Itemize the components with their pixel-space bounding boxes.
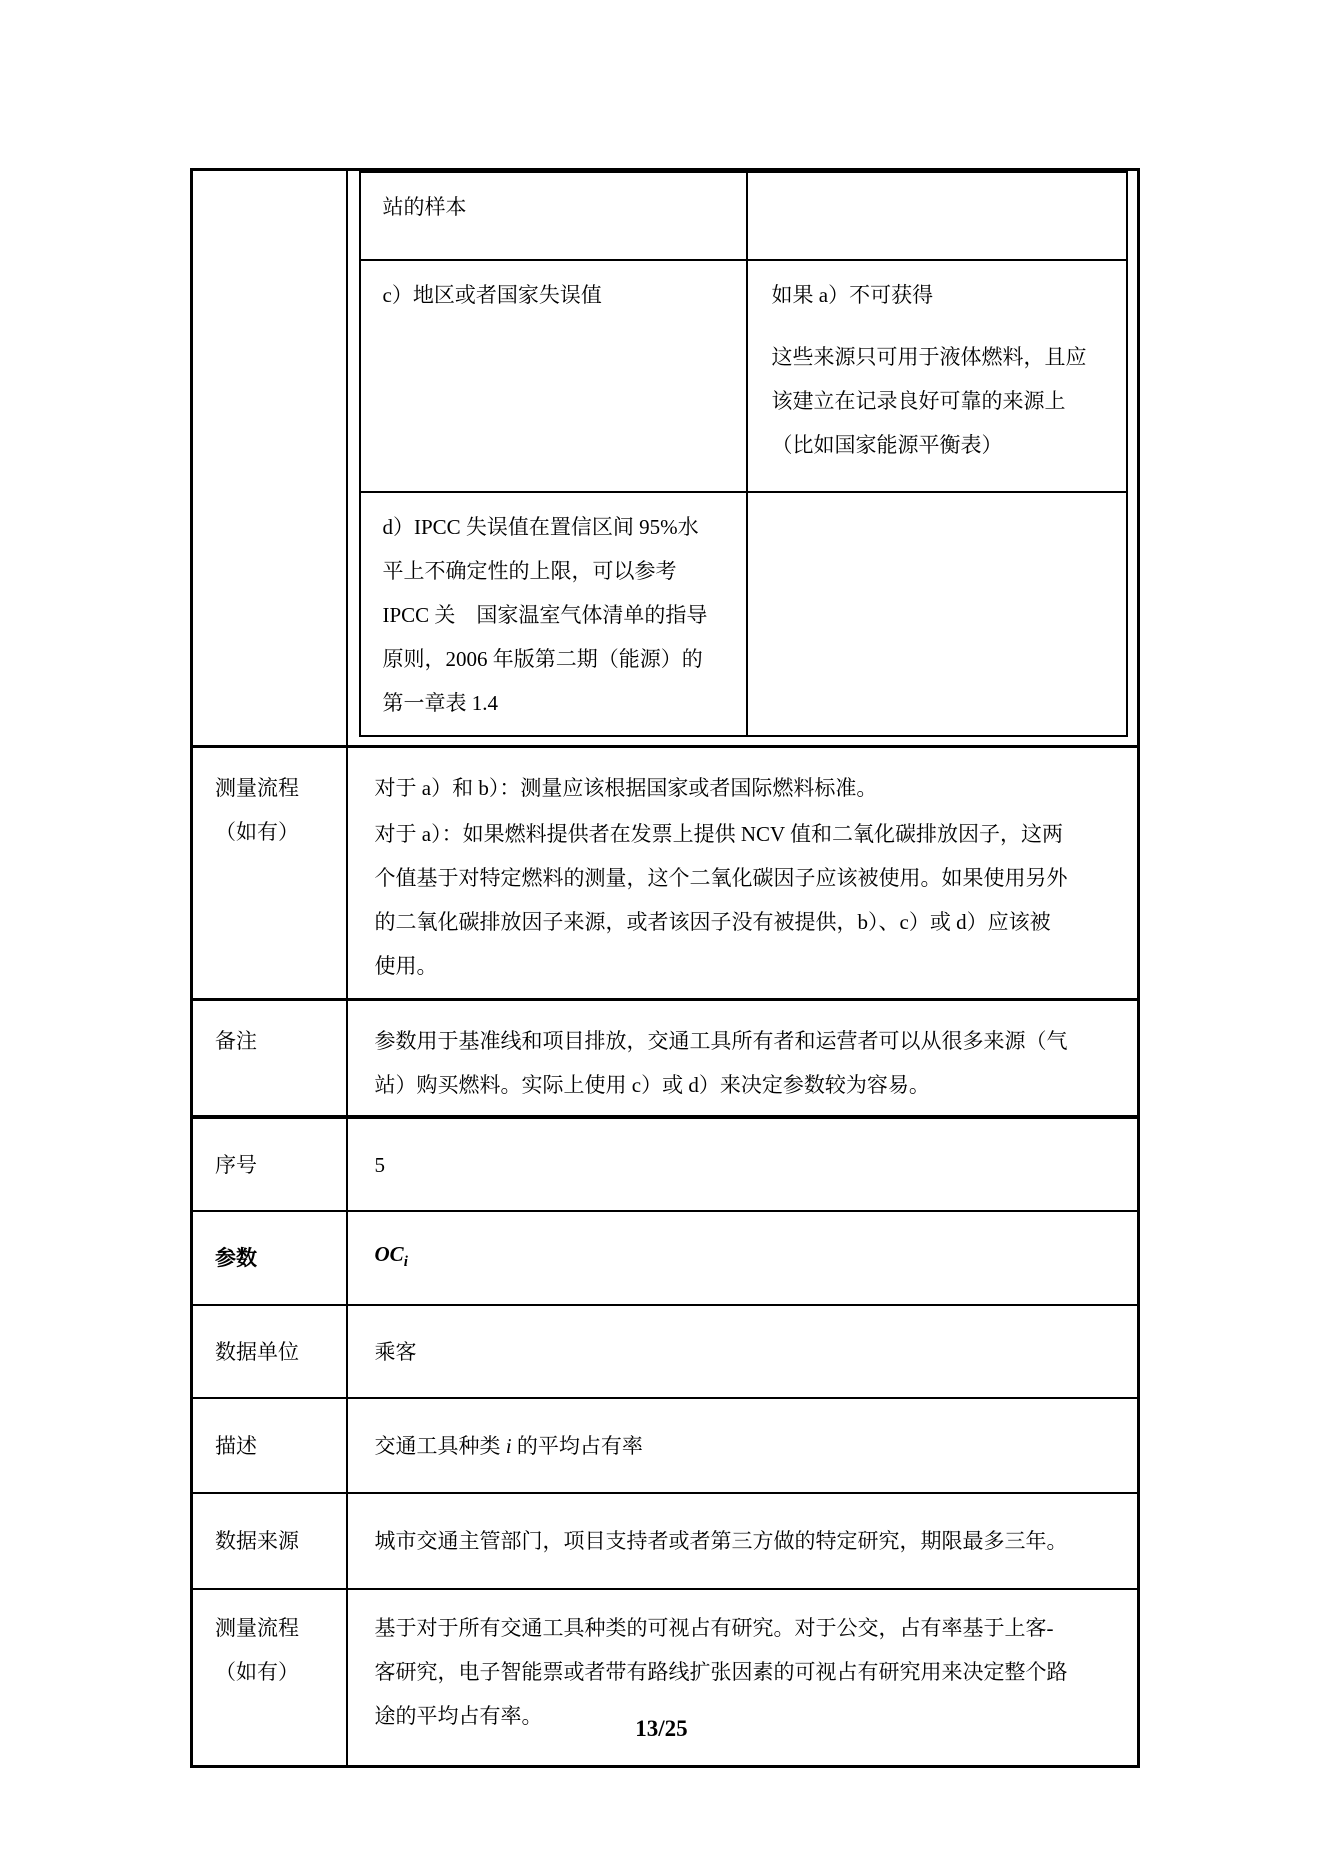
label-line-1: 测量流程	[215, 1606, 338, 1650]
parameter-5-table: 序号 5 参数 OCi 数据单位 乘客 描述 交通工具种类 i 的平均占有率 数…	[190, 1116, 1140, 1768]
option-c-condition-cell: 如果 a）不可获得 这些来源只可用于液体燃料，且应 该建立在记录良好可靠的来源上…	[747, 260, 1127, 492]
parameter-symbol-main: OC	[375, 1242, 404, 1266]
parameter-value: OCi	[347, 1211, 1139, 1305]
sequence-row: 序号 5	[192, 1118, 1139, 1212]
description-label: 描述	[192, 1398, 347, 1493]
data-unit-row: 数据单位 乘客	[192, 1305, 1139, 1398]
description-value: 交通工具种类 i 的平均占有率	[347, 1398, 1139, 1493]
nested-row-option-c: c）地区或者国家失误值 如果 a）不可获得 这些来源只可用于液体燃料，且应 该建…	[360, 260, 1127, 492]
nested-row-option-d: d）IPCC 失误值在置信区间 95%水 平上不确定性的上限，可以参考 IPCC…	[360, 492, 1127, 736]
empty-condition-cell	[747, 172, 1127, 260]
continuation-row: 站的样本 c）地区或者国家失误值 如果 a）不可获得 这些来源只可用于液体燃料，…	[192, 170, 1139, 747]
procedure-paragraph-2: 对于 a）：如果燃料提供者在发票上提供 NCV 值和二氧化碳排放因子，这两 个值…	[375, 812, 1118, 988]
measurement-procedure-row: 测量流程 （如有） 对于 a）和 b）：测量应该根据国家或者国际燃料标准。 对于…	[192, 747, 1139, 1000]
parameter-symbol: OCi	[375, 1242, 408, 1266]
label-line-2: （如有）	[215, 1650, 338, 1694]
condition-line-2: 这些来源只可用于液体燃料，且应 该建立在记录良好可靠的来源上 （比如国家能源平衡…	[772, 335, 1112, 467]
sequence-value: 5	[347, 1118, 1139, 1212]
description-text-pre: 交通工具种类	[375, 1434, 506, 1458]
data-source-nested-table: 站的样本 c）地区或者国家失误值 如果 a）不可获得 这些来源只可用于液体燃料，…	[359, 171, 1128, 737]
data-source-label: 数据来源	[192, 1493, 347, 1589]
data-unit-label: 数据单位	[192, 1305, 347, 1398]
data-source-value: 城市交通主管部门，项目支持者或者第三方做的特定研究，期限最多三年。	[347, 1493, 1139, 1589]
document-page: 站的样本 c）地区或者国家失误值 如果 a）不可获得 这些来源只可用于液体燃料，…	[0, 0, 1323, 1871]
label-line-2: （如有）	[215, 810, 338, 854]
data-source-row: 数据来源 城市交通主管部门，项目支持者或者第三方做的特定研究，期限最多三年。	[192, 1493, 1139, 1589]
description-text-post: 的平均占有率	[512, 1434, 643, 1458]
label-line-1: 测量流程	[215, 766, 338, 810]
sample-text-cell: 站的样本	[360, 172, 747, 260]
measurement-procedure-label: 测量流程 （如有）	[192, 747, 347, 1000]
remarks-row: 备注 参数用于基准线和项目排放，交通工具所有者和运营者可以从很多来源（气 站）购…	[192, 1000, 1139, 1117]
page-number: 13/25	[0, 1716, 1323, 1742]
nested-row-sample: 站的样本	[360, 172, 1127, 260]
data-unit-value: 乘客	[347, 1305, 1139, 1398]
option-d-cell: d）IPCC 失误值在置信区间 95%水 平上不确定性的上限，可以参考 IPCC…	[360, 492, 747, 736]
remarks-label: 备注	[192, 1000, 347, 1117]
empty-label-cell	[192, 170, 347, 747]
parameter-label: 参数	[192, 1211, 347, 1305]
parameter-table-continued: 站的样本 c）地区或者国家失误值 如果 a）不可获得 这些来源只可用于液体燃料，…	[190, 168, 1140, 1118]
parameter-row: 参数 OCi	[192, 1211, 1139, 1305]
remarks-text: 参数用于基准线和项目排放，交通工具所有者和运营者可以从很多来源（气 站）购买燃料…	[347, 1000, 1139, 1117]
empty-cell	[747, 492, 1127, 736]
procedure-paragraph-1: 对于 a）和 b）：测量应该根据国家或者国际燃料标准。	[375, 766, 1118, 810]
nested-table-cell: 站的样本 c）地区或者国家失误值 如果 a）不可获得 这些来源只可用于液体燃料，…	[347, 170, 1139, 747]
parameter-symbol-subscript: i	[404, 1254, 408, 1270]
measurement-procedure-text: 对于 a）和 b）：测量应该根据国家或者国际燃料标准。 对于 a）：如果燃料提供…	[347, 747, 1139, 1000]
option-c-cell: c）地区或者国家失误值	[360, 260, 747, 492]
description-row: 描述 交通工具种类 i 的平均占有率	[192, 1398, 1139, 1493]
condition-line-1: 如果 a）不可获得	[772, 273, 1112, 317]
sequence-label: 序号	[192, 1118, 347, 1212]
